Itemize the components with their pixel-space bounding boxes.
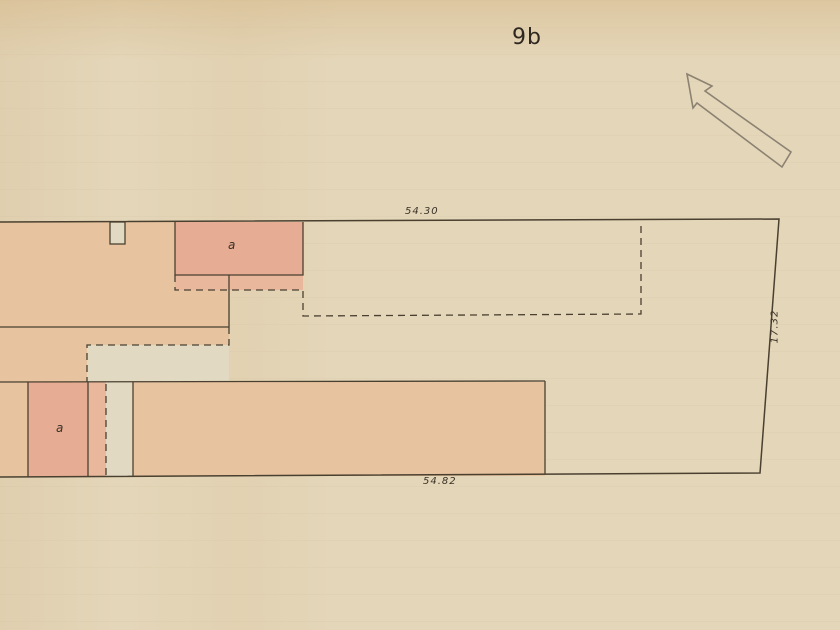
passage-void <box>106 382 133 476</box>
dimension-top: 54.30 <box>405 206 439 217</box>
north-arrow-icon <box>687 74 791 167</box>
building-new-top-extension <box>175 275 303 290</box>
chimney-box <box>110 222 125 244</box>
building-bottom-extension <box>88 382 106 476</box>
site-plan-drawing <box>0 0 840 630</box>
building-new-top <box>175 222 303 275</box>
label-new-building-top: a <box>228 238 235 252</box>
building-bottom-long <box>133 382 545 476</box>
yard-void <box>87 345 229 382</box>
dimension-bottom: 54.82 <box>423 476 457 487</box>
dimension-right: 17.32 <box>769 310 780 344</box>
page-number: 9b <box>512 25 542 50</box>
site-plan-sheet: 9b 54.30 17.32 54.82 a a <box>0 0 840 630</box>
label-new-building-bottom: a <box>56 421 63 435</box>
building-bottom-left <box>0 382 28 476</box>
